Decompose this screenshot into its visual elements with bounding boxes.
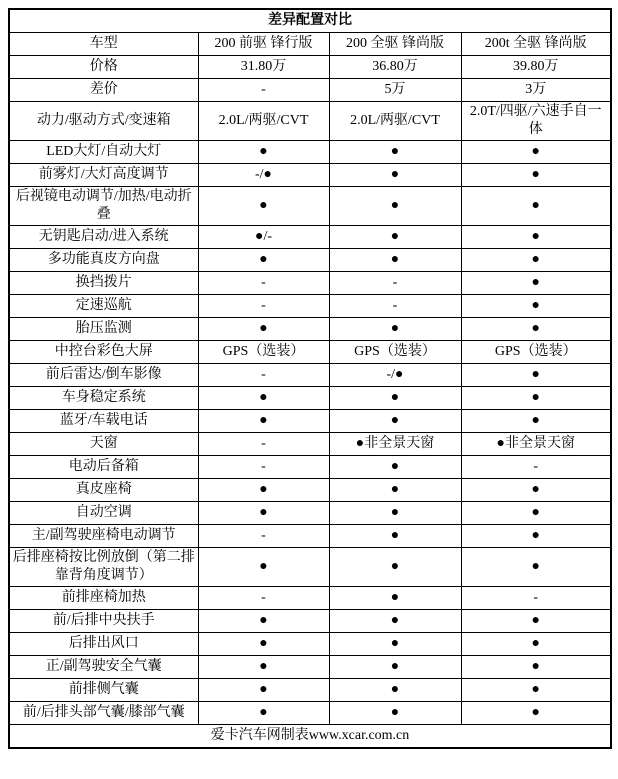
table-row: 换挡拨片--● xyxy=(9,272,611,295)
row-label: 后视镜电动调节/加热/电动折叠 xyxy=(9,187,198,226)
cell-value: ● xyxy=(329,456,461,479)
row-label: 正/副驾驶安全气囊 xyxy=(9,656,198,679)
table-row: 后视镜电动调节/加热/电动折叠●●● xyxy=(9,187,611,226)
source-credit: 爱卡汽车网制表www.xcar.com.cn xyxy=(9,725,611,749)
cell-value: ● xyxy=(198,387,329,410)
row-label: 差价 xyxy=(9,79,198,102)
cell-value: 31.80万 xyxy=(198,56,329,79)
cell-value: - xyxy=(198,79,329,102)
cell-value: ● xyxy=(461,387,611,410)
cell-value: ● xyxy=(329,587,461,610)
cell-value: ● xyxy=(198,187,329,226)
table-row: 前排座椅加热-●- xyxy=(9,587,611,610)
cell-value: ● xyxy=(329,410,461,433)
cell-value: ● xyxy=(329,610,461,633)
row-label: 价格 xyxy=(9,56,198,79)
cell-value: - xyxy=(198,295,329,318)
cell-value: ● xyxy=(329,633,461,656)
cell-value: ● xyxy=(329,679,461,702)
cell-value: ● xyxy=(461,187,611,226)
row-label: 后排座椅按比例放倒（第二排靠背角度调节） xyxy=(9,548,198,587)
table-title: 差异配置对比 xyxy=(9,9,611,33)
row-label: 主/副驾驶座椅电动调节 xyxy=(9,525,198,548)
row-label: 胎压监测 xyxy=(9,318,198,341)
table-row: 电动后备箱-●- xyxy=(9,456,611,479)
cell-value: - xyxy=(198,433,329,456)
row-label: 中控台彩色大屏 xyxy=(9,341,198,364)
cell-value: GPS（选装） xyxy=(198,341,329,364)
row-label: 后排出风口 xyxy=(9,633,198,656)
comparison-table: 差异配置对比 车型 200 前驱 锋行版 200 全驱 锋尚版 200t 全驱 … xyxy=(8,8,612,749)
cell-value: - xyxy=(198,587,329,610)
row-label: 电动后备箱 xyxy=(9,456,198,479)
table-row: 无钥匙启动/进入系统●/-●● xyxy=(9,226,611,249)
header-row: 车型 200 前驱 锋行版 200 全驱 锋尚版 200t 全驱 锋尚版 xyxy=(9,33,611,56)
cell-value: ● xyxy=(461,226,611,249)
table-row: 蓝牙/车载电话●●● xyxy=(9,410,611,433)
cell-value: 2.0L/两驱/CVT xyxy=(198,102,329,141)
table-row: 前/后排头部气囊/膝部气囊●●● xyxy=(9,702,611,725)
row-label: 无钥匙启动/进入系统 xyxy=(9,226,198,249)
row-label: 前雾灯/大灯高度调节 xyxy=(9,164,198,187)
cell-value: ● xyxy=(461,548,611,587)
cell-value: -/● xyxy=(329,364,461,387)
table-row: 前/后排中央扶手●●● xyxy=(9,610,611,633)
cell-value: ● xyxy=(198,249,329,272)
cell-value: ● xyxy=(198,679,329,702)
row-label: 前/后排中央扶手 xyxy=(9,610,198,633)
table-row: 胎压监测●●● xyxy=(9,318,611,341)
cell-value: ● xyxy=(461,679,611,702)
cell-value: ● xyxy=(461,502,611,525)
row-label: 前排座椅加热 xyxy=(9,587,198,610)
cell-value: GPS（选装） xyxy=(329,341,461,364)
row-label: 真皮座椅 xyxy=(9,479,198,502)
cell-value: 3万 xyxy=(461,79,611,102)
cell-value: 2.0L/两驱/CVT xyxy=(329,102,461,141)
table-row: 主/副驾驶座椅电动调节-●● xyxy=(9,525,611,548)
cell-value: ● xyxy=(198,479,329,502)
cell-value: ● xyxy=(198,502,329,525)
cell-value: ● xyxy=(461,479,611,502)
cell-value: - xyxy=(198,272,329,295)
cell-value: ● xyxy=(461,610,611,633)
cell-value: ● xyxy=(198,702,329,725)
table-row: 前后雷达/倒车影像--/●● xyxy=(9,364,611,387)
cell-value: ● xyxy=(198,656,329,679)
table-row: 后排座椅按比例放倒（第二排靠背角度调节）●●● xyxy=(9,548,611,587)
table-row: 价格31.80万36.80万39.80万 xyxy=(9,56,611,79)
cell-value: 36.80万 xyxy=(329,56,461,79)
cell-value: ● xyxy=(461,656,611,679)
row-label: 定速巡航 xyxy=(9,295,198,318)
cell-value: ● xyxy=(329,656,461,679)
cell-value: 39.80万 xyxy=(461,56,611,79)
header-label: 车型 xyxy=(9,33,198,56)
row-label: 换挡拨片 xyxy=(9,272,198,295)
row-label: 前排侧气囊 xyxy=(9,679,198,702)
title-row: 差异配置对比 xyxy=(9,9,611,33)
cell-value: ●非全景天窗 xyxy=(329,433,461,456)
row-label: 多功能真皮方向盘 xyxy=(9,249,198,272)
cell-value: ● xyxy=(198,548,329,587)
cell-value: ● xyxy=(329,702,461,725)
cell-value: ● xyxy=(329,164,461,187)
cell-value: - xyxy=(461,587,611,610)
row-label: 前后雷达/倒车影像 xyxy=(9,364,198,387)
cell-value: - xyxy=(198,525,329,548)
cell-value: ● xyxy=(461,249,611,272)
cell-value: -/● xyxy=(198,164,329,187)
cell-value: ● xyxy=(198,610,329,633)
cell-value: ● xyxy=(329,249,461,272)
cell-value: - xyxy=(329,295,461,318)
table-row: 多功能真皮方向盘●●● xyxy=(9,249,611,272)
row-label: 天窗 xyxy=(9,433,198,456)
table-row: 车身稳定系统●●● xyxy=(9,387,611,410)
cell-value: ● xyxy=(329,318,461,341)
table-row: 正/副驾驶安全气囊●●● xyxy=(9,656,611,679)
cell-value: - xyxy=(198,456,329,479)
cell-value: ● xyxy=(329,502,461,525)
cell-value: 2.0T/四驱/六速手自一体 xyxy=(461,102,611,141)
table-row: 中控台彩色大屏GPS（选装）GPS（选装）GPS（选装） xyxy=(9,341,611,364)
header-column-2: 200 全驱 锋尚版 xyxy=(329,33,461,56)
cell-value: ●非全景天窗 xyxy=(461,433,611,456)
table-row: 动力/驱动方式/变速箱2.0L/两驱/CVT2.0L/两驱/CVT2.0T/四驱… xyxy=(9,102,611,141)
table-row: 天窗-●非全景天窗●非全景天窗 xyxy=(9,433,611,456)
page: 差异配置对比 车型 200 前驱 锋行版 200 全驱 锋尚版 200t 全驱 … xyxy=(0,0,618,779)
cell-value: ● xyxy=(198,633,329,656)
table-row: 真皮座椅●●● xyxy=(9,479,611,502)
table-row: LED大灯/自动大灯●●● xyxy=(9,141,611,164)
cell-value: ● xyxy=(198,141,329,164)
cell-value: ● xyxy=(461,525,611,548)
cell-value: GPS（选装） xyxy=(461,341,611,364)
cell-value: ● xyxy=(461,702,611,725)
cell-value: ● xyxy=(329,187,461,226)
cell-value: ●/- xyxy=(198,226,329,249)
table-row: 自动空调●●● xyxy=(9,502,611,525)
row-label: 前/后排头部气囊/膝部气囊 xyxy=(9,702,198,725)
cell-value: ● xyxy=(461,410,611,433)
cell-value: ● xyxy=(329,548,461,587)
cell-value: ● xyxy=(329,226,461,249)
cell-value: ● xyxy=(198,410,329,433)
cell-value: 5万 xyxy=(329,79,461,102)
header-column-1: 200 前驱 锋行版 xyxy=(198,33,329,56)
table-row: 后排出风口●●● xyxy=(9,633,611,656)
cell-value: ● xyxy=(329,525,461,548)
cell-value: ● xyxy=(329,479,461,502)
cell-value: ● xyxy=(461,164,611,187)
cell-value: - xyxy=(329,272,461,295)
table-row: 前排侧气囊●●● xyxy=(9,679,611,702)
cell-value: ● xyxy=(198,318,329,341)
cell-value: ● xyxy=(461,364,611,387)
cell-value: ● xyxy=(329,387,461,410)
table-row: 前雾灯/大灯高度调节-/●●● xyxy=(9,164,611,187)
cell-value: - xyxy=(461,456,611,479)
cell-value: ● xyxy=(461,633,611,656)
table-row: 定速巡航--● xyxy=(9,295,611,318)
table-row: 差价-5万3万 xyxy=(9,79,611,102)
cell-value: ● xyxy=(329,141,461,164)
cell-value: ● xyxy=(461,318,611,341)
cell-value: - xyxy=(198,364,329,387)
cell-value: ● xyxy=(461,272,611,295)
cell-value: ● xyxy=(461,295,611,318)
cell-value: ● xyxy=(461,141,611,164)
row-label: 蓝牙/车载电话 xyxy=(9,410,198,433)
row-label: LED大灯/自动大灯 xyxy=(9,141,198,164)
header-column-3: 200t 全驱 锋尚版 xyxy=(461,33,611,56)
footer-row: 爱卡汽车网制表www.xcar.com.cn xyxy=(9,725,611,749)
row-label: 自动空调 xyxy=(9,502,198,525)
row-label: 车身稳定系统 xyxy=(9,387,198,410)
row-label: 动力/驱动方式/变速箱 xyxy=(9,102,198,141)
